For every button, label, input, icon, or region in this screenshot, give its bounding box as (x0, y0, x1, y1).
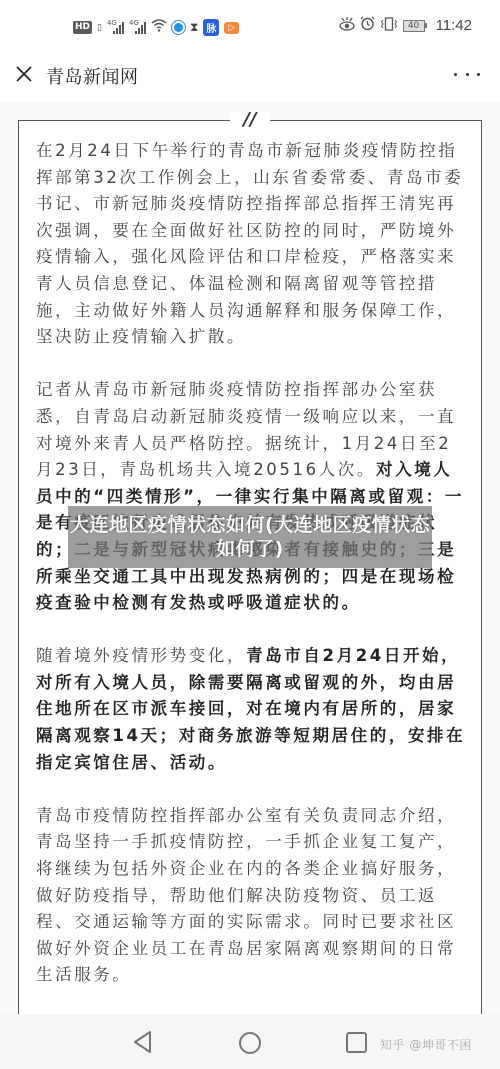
signal-4g-icon: 4G (107, 22, 124, 34)
more-icon (454, 73, 457, 76)
home-button[interactable] (238, 1031, 262, 1055)
back-button[interactable] (132, 1030, 154, 1054)
alarm-icon (360, 16, 375, 35)
clock-time: 11:42 (436, 17, 472, 34)
app-title-bar: 青岛新闻网 (0, 50, 500, 102)
browser-app-icon (172, 21, 185, 34)
hourglass-icon: ⧗ (190, 20, 198, 35)
recent-square-icon (346, 1032, 367, 1053)
vibrate-icon (380, 17, 398, 35)
signal-4g-icon: 4G (129, 22, 146, 34)
wifi-icon (151, 19, 167, 36)
home-circle-icon (238, 1031, 262, 1055)
status-bar: HD ▯ 4G 4G ⧗ 脉 ▷ 40 11:42 (0, 0, 500, 50)
quote-mark-icon: // (243, 112, 256, 128)
article-paragraph-2: 记者从青岛市新冠肺炎疫情防控指挥部办公室获悉，自青岛启动新冠肺炎疫情一级响应以来… (36, 377, 466, 616)
article-paragraph-3: 随着境外疫情形势变化，青岛市自2月24日开始，对所有入境人员，除需要隔离或留观的… (36, 643, 466, 776)
article-paragraph-4: 青岛市疫情防控指挥部办公室有关负责同志介绍，青岛坚持一手抓疫情防控，一手抓企业复… (36, 803, 466, 989)
recent-apps-button[interactable] (346, 1032, 367, 1053)
quote-decoration: // (230, 112, 270, 128)
eye-icon (339, 17, 355, 35)
watermark-text: 知乎 @坤哥不困 (380, 1036, 472, 1053)
mai-app-icon: 脉 (203, 19, 219, 36)
overlay-title-text: 大连地区疫情状态如何(大连地区疫情状态如何了) (68, 513, 432, 561)
play-app-icon: ▷ (224, 22, 239, 34)
hd-icon: HD (73, 21, 92, 34)
page-title: 青岛新闻网 (46, 63, 139, 89)
article-paragraph-1: 在2月24日下午举行的青岛市新冠肺炎疫情防控指挥部第32次工作例会上，山东省委常… (36, 138, 466, 351)
system-nav-bar: 知乎 @坤哥不困 (0, 1014, 500, 1069)
overlay-title-banner: 大连地区疫情状态如何(大连地区疫情状态如何了) (68, 506, 432, 568)
close-icon (15, 65, 33, 83)
close-button[interactable] (12, 62, 36, 86)
signal-label: 4G (129, 19, 139, 27)
battery-icon: 40 (403, 20, 427, 32)
status-left-icons: HD ▯ 4G 4G ⧗ 脉 ▷ (73, 19, 239, 36)
back-triangle-icon (132, 1030, 154, 1054)
status-right-icons: 40 11:42 (339, 16, 472, 35)
battery-level: 40 (403, 20, 425, 32)
more-options-button[interactable] (454, 64, 480, 84)
sim-icon: ▯ (97, 23, 102, 33)
signal-label: 4G (107, 19, 117, 27)
article-body: 在2月24日下午举行的青岛市新冠肺炎疫情防控指挥部第32次工作例会上，山东省委常… (36, 138, 466, 1016)
